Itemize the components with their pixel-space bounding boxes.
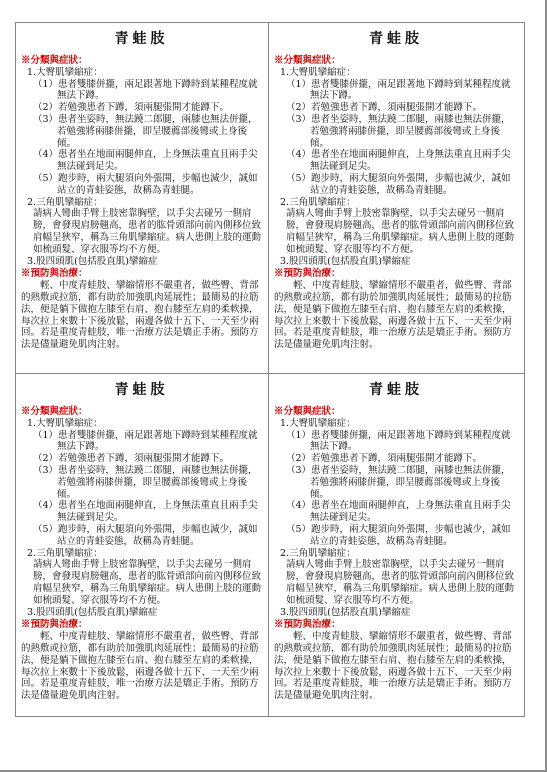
section1-point-5: （5）跑步時，兩大腿須向外張開，步幅也減少，誠如站立的青蛙姿態，故稱為青蛙腿。: [286, 524, 518, 548]
section3-heading: 3.股四頭肌(包括股直肌)攣縮症: [280, 607, 518, 619]
section2-heading: 2.三角肌攣縮症：: [27, 548, 262, 560]
panel-grid: 青蛙肢 ※分類與症狀： 1.大臀肌攣縮症： （1）患者雙膝併攏，兩足跟著地下蹲時…: [15, 22, 525, 717]
section1-point-1: （1）患者雙膝併攏，兩足跟著地下蹲時到某種程度就無法下蹲。: [33, 79, 262, 103]
classification-heading: ※分類與症狀：: [21, 55, 262, 67]
section1-point-1: （1）患者雙膝併攏，兩足跟著地下蹲時到某種程度就無法下蹲。: [286, 79, 518, 103]
section1-point-5: （5）跑步時，兩大腿須向外張開，步幅也減少，誠如站立的青蛙姿態，故稱為青蛙腿。: [33, 173, 262, 197]
section3-heading: 3.股四頭肌(包括股直肌)攣縮症: [27, 256, 262, 268]
section3-heading: 3.股四頭肌(包括股直肌)攣縮症: [27, 607, 262, 619]
section2-body: 請病人彎曲手臂上肢密靠胸壁，以手尖去碰另一側肩膀，會發現肩膀翹高，患者的肱骨頭部…: [286, 208, 518, 255]
section1-point-3: （3）患者坐姿時，無法蹺二郎腿，兩膝也無法併攏，若勉強將兩膝併攏，即呈腰薦部後彎…: [286, 465, 518, 500]
section1-point-4: （4）患者坐在地面兩腿伸直，上身無法重直且兩手尖無法碰到足尖。: [33, 149, 262, 173]
frog-limb-panel-bottom-left: 青蛙肢 ※分類與症狀： 1.大臀肌攣縮症： （1）患者雙膝併攏，兩足跟著地下蹲時…: [16, 374, 269, 716]
section1-point-1: （1）患者雙膝併攏，兩足跟著地下蹲時到某種程度就無法下蹲。: [286, 430, 518, 454]
section1-point-3: （3）患者坐姿時，無法蹺二郎腿，兩膝也無法併攏，若勉強將兩膝併攏，即呈腰薦部後彎…: [33, 114, 262, 149]
treatment-body: 輕、中度青蛙肢、攣縮情形不嚴重者，做些臀、背部的熱敷或拉筋，都有助於加強肌肉延展…: [274, 631, 518, 702]
section1-point-5: （5）跑步時，兩大腿須向外張開，步幅也減少，誠如站立的青蛙姿態，故稱為青蛙腿。: [33, 524, 262, 548]
treatment-body: 輕、中度青蛙肢、攣縮情形不嚴重者，做些臀、背部的熱敷或拉筋，都有助於加強肌肉延展…: [21, 631, 262, 702]
section1-heading: 1.大臀肌攣縮症：: [280, 67, 518, 79]
section3-heading: 3.股四頭肌(包括股直肌)攣縮症: [280, 256, 518, 268]
section1-heading: 1.大臀肌攣縮症：: [280, 418, 518, 430]
treatment-heading: ※預防與治療：: [274, 268, 518, 280]
frog-limb-panel-top-left: 青蛙肢 ※分類與症狀： 1.大臀肌攣縮症： （1）患者雙膝併攏，兩足跟著地下蹲時…: [16, 23, 269, 374]
classification-heading: ※分類與症狀：: [21, 406, 262, 418]
section1-point-2: （2）若勉強患者下蹲，須兩腿張開才能蹲下。: [33, 453, 262, 465]
classification-heading: ※分類與症狀：: [274, 406, 518, 418]
panel-title: 青蛙肢: [21, 31, 262, 47]
section2-body: 請病人彎曲手臂上肢密靠胸壁，以手尖去碰另一側肩膀，會發現肩膀翹高，患者的肱骨頭部…: [33, 559, 262, 606]
treatment-heading: ※預防與治療：: [21, 268, 262, 280]
section1-point-4: （4）患者坐在地面兩腿伸直，上身無法重直且兩手尖無法碰到足尖。: [286, 500, 518, 524]
section1-point-3: （3）患者坐姿時，無法蹺二郎腿，兩膝也無法併攏，若勉強將兩膝併攏，即呈腰薦部後彎…: [33, 465, 262, 500]
panel-title: 青蛙肢: [274, 382, 518, 398]
section1-point-2: （2）若勉強患者下蹲，須兩腿張開才能蹲下。: [286, 453, 518, 465]
section1-point-4: （4）患者坐在地面兩腿伸直，上身無法重直且兩手尖無法碰到足尖。: [286, 149, 518, 173]
section2-body: 請病人彎曲手臂上肢密靠胸壁，以手尖去碰另一側肩膀，會發現肩膀翹高，患者的肱骨頭部…: [33, 208, 262, 255]
section2-body: 請病人彎曲手臂上肢密靠胸壁，以手尖去碰另一側肩膀，會發現肩膀翹高，患者的肱骨頭部…: [286, 559, 518, 606]
treatment-heading: ※預防與治療：: [274, 619, 518, 631]
section2-heading: 2.三角肌攣縮症：: [280, 197, 518, 209]
treatment-heading: ※預防與治療：: [21, 619, 262, 631]
section1-point-4: （4）患者坐在地面兩腿伸直，上身無法重直且兩手尖無法碰到足尖。: [33, 500, 262, 524]
treatment-body: 輕、中度青蛙肢、攣縮情形不嚴重者，做些臀、背部的熱敷或拉筋，都有助於加強肌肉延展…: [21, 280, 262, 351]
section1-point-3: （3）患者坐姿時，無法蹺二郎腿，兩膝也無法併攏，若勉強將兩膝併攏，即呈腰薦部後彎…: [286, 114, 518, 149]
panel-title: 青蛙肢: [274, 31, 518, 47]
classification-heading: ※分類與症狀：: [274, 55, 518, 67]
section1-point-2: （2）若勉強患者下蹲，須兩腿張開才能蹲下。: [286, 102, 518, 114]
section2-heading: 2.三角肌攣縮症：: [27, 197, 262, 209]
section1-point-5: （5）跑步時，兩大腿須向外張開，步幅也減少，誠如站立的青蛙姿態，故稱為青蛙腿。: [286, 173, 518, 197]
document-page: 青蛙肢 ※分類與症狀： 1.大臀肌攣縮症： （1）患者雙膝併攏，兩足跟著地下蹲時…: [0, 0, 547, 772]
section1-heading: 1.大臀肌攣縮症：: [27, 418, 262, 430]
frog-limb-panel-bottom-right: 青蛙肢 ※分類與症狀： 1.大臀肌攣縮症： （1）患者雙膝併攏，兩足跟著地下蹲時…: [269, 374, 524, 716]
panel-title: 青蛙肢: [21, 382, 262, 398]
section1-point-2: （2）若勉強患者下蹲，須兩腿張開才能蹲下。: [33, 102, 262, 114]
treatment-body: 輕、中度青蛙肢、攣縮情形不嚴重者，做些臀、背部的熱敷或拉筋，都有助於加強肌肉延展…: [274, 280, 518, 351]
section1-point-1: （1）患者雙膝併攏，兩足跟著地下蹲時到某種程度就無法下蹲。: [33, 430, 262, 454]
frog-limb-panel-top-right: 青蛙肢 ※分類與症狀： 1.大臀肌攣縮症： （1）患者雙膝併攏，兩足跟著地下蹲時…: [269, 23, 524, 374]
section1-heading: 1.大臀肌攣縮症：: [27, 67, 262, 79]
section2-heading: 2.三角肌攣縮症：: [280, 548, 518, 560]
